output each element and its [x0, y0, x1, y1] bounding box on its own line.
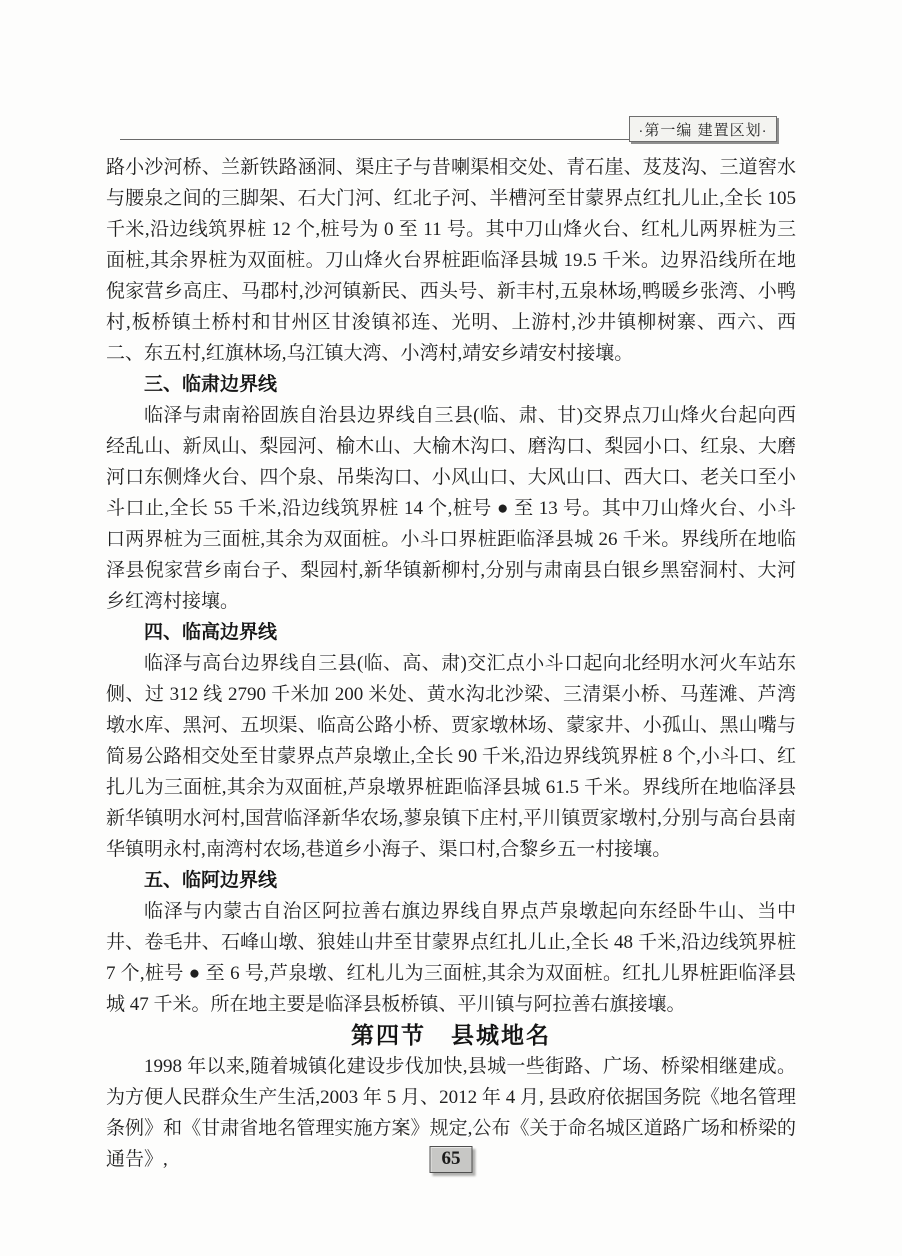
page-number-badge: 65	[430, 1146, 473, 1173]
paragraph-lin-a: 临泽与内蒙古自治区阿拉善右旗边界线自界点芦泉墩起向东经卧牛山、当中井、卷毛井、石…	[106, 896, 796, 1020]
section-heading-linsu: 三、临肃边界线	[106, 369, 796, 400]
paragraph-linsu: 临泽与肃南裕固族自治县边界线自三县(临、肃、甘)交界点刀山烽火台起向西经乱山、新…	[106, 400, 796, 617]
book-page: ·第一编 建置区划· 路小沙河桥、兰新铁路涵洞、渠庄子与昔喇渠相交处、青石崖、芨…	[0, 0, 902, 1256]
page-text-block: 路小沙河桥、兰新铁路涵洞、渠庄子与昔喇渠相交处、青石崖、芨芨沟、三道窖水与腰泉之…	[106, 152, 796, 1175]
section-heading-lin-a: 五、临阿边界线	[106, 865, 796, 896]
edition-header-badge: ·第一编 建置区划·	[629, 116, 777, 142]
overflow-paragraph: 路小沙河桥、兰新铁路涵洞、渠庄子与昔喇渠相交处、青石崖、芨芨沟、三道窖水与腰泉之…	[106, 152, 796, 369]
paragraph-lingao: 临泽与高台边界线自三县(临、高、肃)交汇点小斗口起向北经明水河火车站东侧、过 3…	[106, 648, 796, 865]
chapter-title: 第四节 县城地名	[106, 1020, 796, 1051]
section-heading-lingao: 四、临高边界线	[106, 617, 796, 648]
